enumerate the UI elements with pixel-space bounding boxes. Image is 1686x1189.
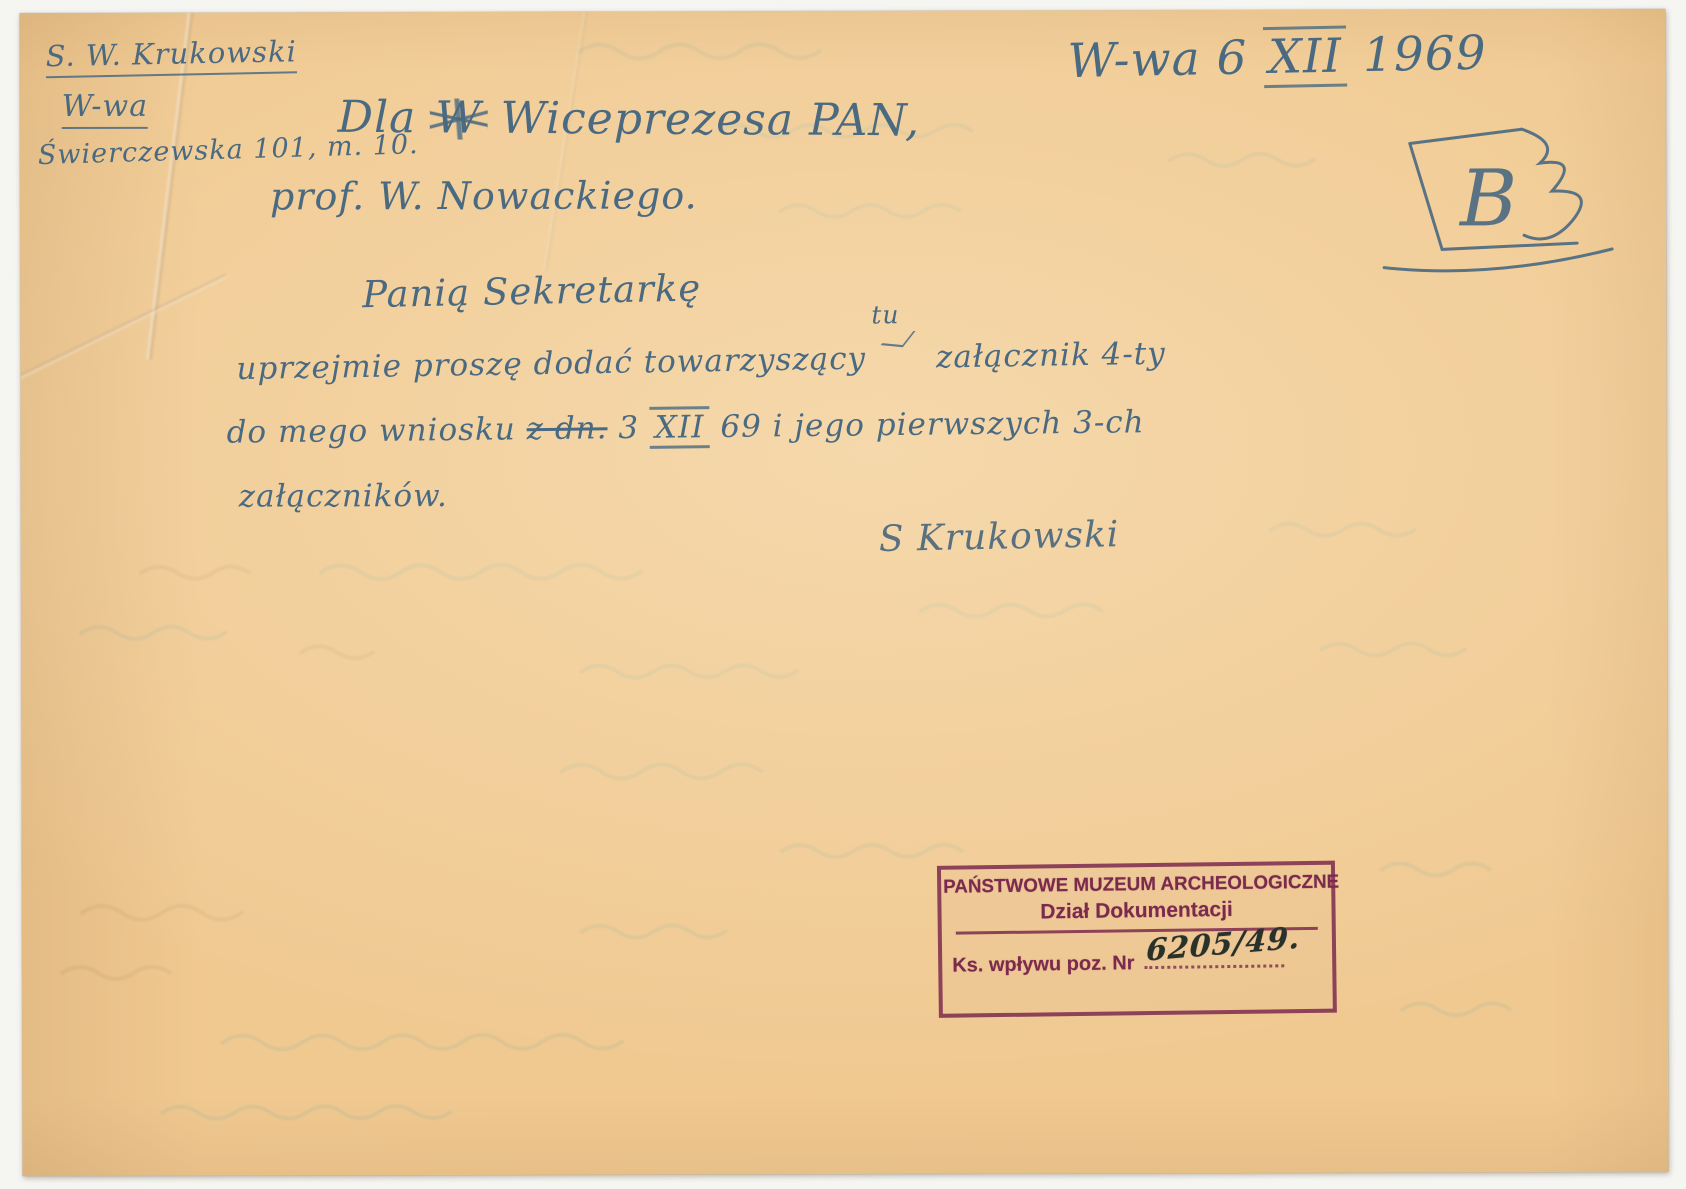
recipient-struck-word: W [431, 92, 486, 143]
document-paper: S. W. Krukowski W-wa Świerczewska 101, m… [19, 9, 1668, 1176]
recipient-line-1: Dla W Wiceprezesa PAN, [338, 92, 921, 147]
recipient-line-2: prof. W. Nowackiego. [270, 173, 698, 218]
sender-city: W-wa [62, 89, 148, 124]
body-line-1-text: uprzejmie proszę dodać towarzyszący [236, 341, 866, 387]
body-line-2-month-roman: XII [650, 406, 710, 449]
stamp-accession-row: Ks. wpływu poz. Nr 6205/49. [942, 930, 1333, 978]
body-line-1-text-b: załącznik 4-ty [936, 336, 1166, 376]
sender-name: S. W. Krukowski [45, 34, 297, 73]
struck-words: z dn. [526, 410, 607, 447]
body-line-2: do mego wniosku z dn. 3 XII 69 i jego pi… [226, 404, 1144, 450]
dateline: W-wa 6 XII 1969 [1067, 26, 1487, 89]
corner-mark: B [1372, 121, 1669, 287]
stamp-accession-number: 6205/49. [1146, 921, 1302, 969]
salutation: Panią Sekretarkę [362, 266, 702, 316]
body-line-2-text: do mego wniosku [226, 411, 516, 450]
sender-city-text: W-wa [62, 89, 148, 129]
dateline-city-day: W-wa 6 [1067, 30, 1248, 89]
body-line-3: załączników. [239, 478, 448, 515]
recipient-pre: Dla [338, 92, 417, 143]
body-line-2-day: 3 [618, 410, 639, 446]
insertion-mark: tu [866, 357, 936, 368]
signature: S Krukowski [878, 514, 1119, 560]
sender-name-text: S. W. Krukowski [45, 34, 297, 78]
stamp-institution: PAŃSTWOWE MUZEUM ARCHEOLOGICZNE [943, 872, 1329, 899]
museum-stamp: PAŃSTWOWE MUZEUM ARCHEOLOGICZNE Dział Do… [937, 861, 1337, 1018]
dateline-year: 1969 [1362, 26, 1487, 83]
recipient-main: Wiceprezesa PAN, [500, 93, 920, 147]
dateline-month-roman: XII [1263, 25, 1348, 88]
scanned-document: S. W. Krukowski W-wa Świerczewska 101, m… [0, 0, 1686, 1189]
stamp-accession-label: Ks. wpływu poz. Nr [952, 952, 1135, 977]
body-line-2-rest: 69 i jego pierwszych 3-ch [720, 404, 1145, 445]
stamp-number-line: 6205/49. [1144, 938, 1284, 969]
body-line-1: uprzejmie proszę dodać towarzyszącytuzał… [236, 336, 1166, 387]
stamp-department: Dział Dokumentacji [941, 897, 1331, 926]
fold-crease [19, 274, 227, 397]
inserted-word: tu [871, 300, 900, 329]
corner-mark-letter: B [1458, 154, 1518, 244]
caret-icon [880, 329, 915, 347]
